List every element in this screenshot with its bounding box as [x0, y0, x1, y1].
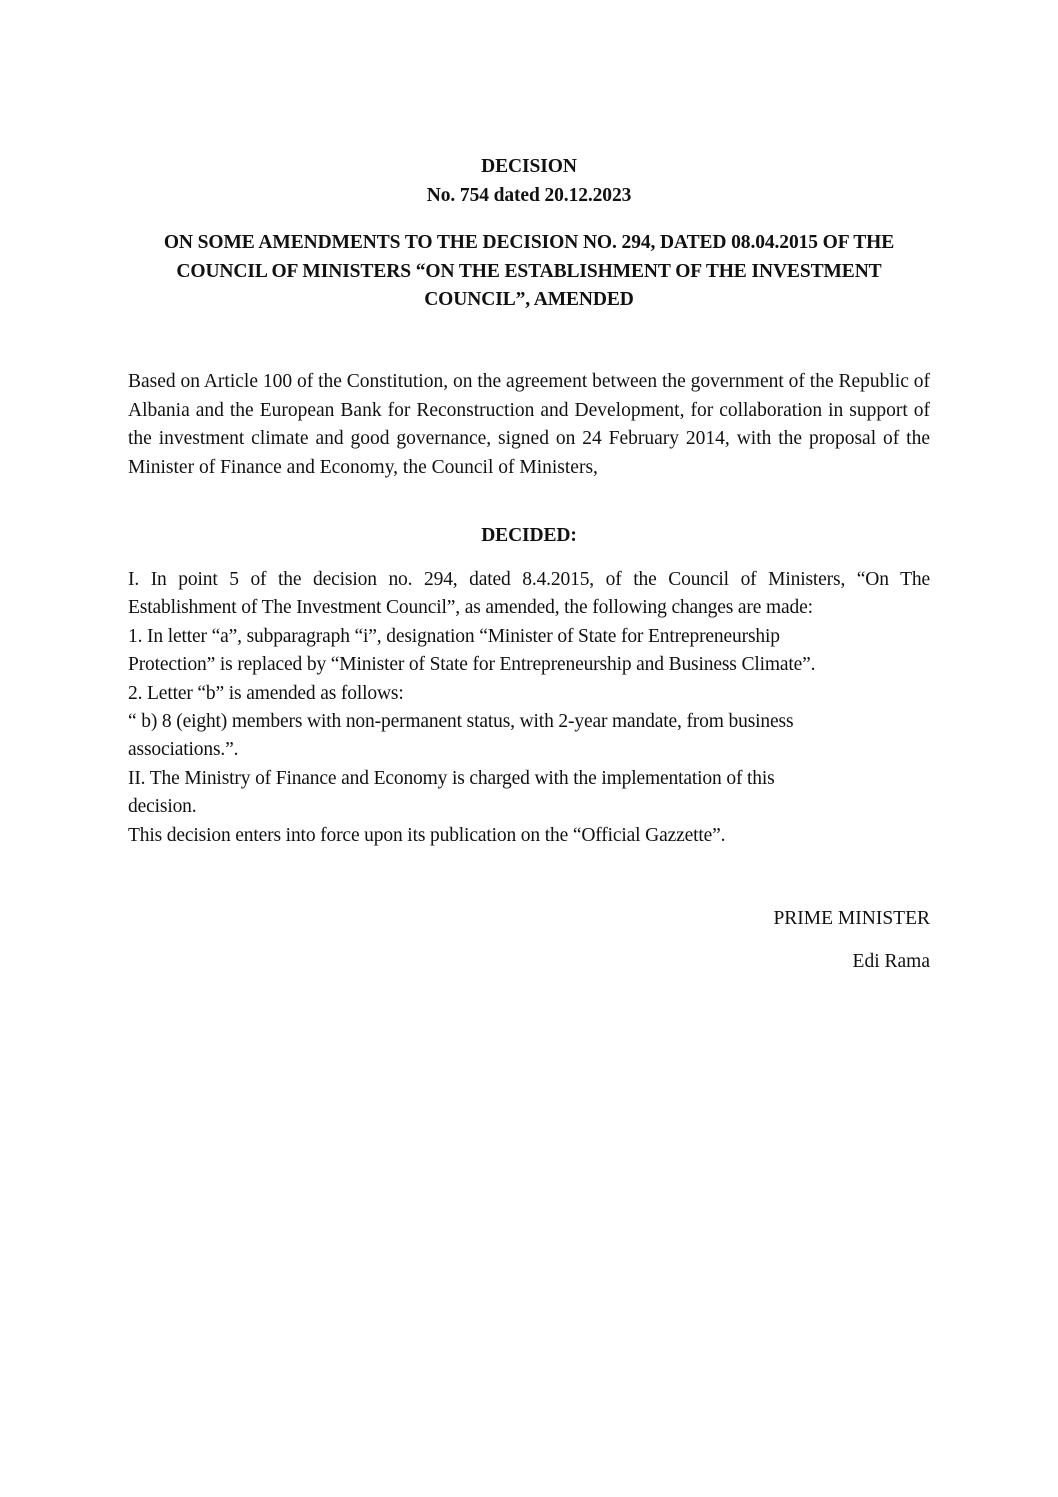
body-line: This decision enters into force upon its… [128, 822, 938, 850]
decided-heading: DECIDED: [128, 521, 930, 550]
body-line: Establishment of The Investment Council”… [128, 594, 938, 622]
body-line: II. The Ministry of Finance and Economy … [128, 765, 938, 793]
preamble: Based on Article 100 of the Constitution… [128, 368, 930, 482]
decision-heading: DECISION [128, 152, 930, 181]
body-line: “ b) 8 (eight) members with non-permanen… [128, 708, 938, 736]
body-line: I. In point 5 of the decision no. 294, d… [128, 566, 930, 594]
signature-title: PRIME MINISTER [773, 905, 930, 933]
decision-number: No. 754 dated 20.12.2023 [128, 181, 930, 210]
body-line: associations.”. [128, 736, 938, 764]
body-line: Protection” is replaced by “Minister of … [128, 651, 938, 679]
preamble-text: Based on Article 100 of the Constitution… [128, 368, 930, 482]
signature-name: Edi Rama [853, 948, 930, 976]
decision-body: I. In point 5 of the decision no. 294, d… [128, 566, 938, 850]
body-line: decision. [128, 793, 938, 821]
body-line: 2. Letter “b” is amended as follows: [128, 680, 938, 708]
decision-title: ON SOME AMENDMENTS TO THE DECISION NO. 2… [128, 229, 930, 315]
body-line: 1. In letter “a”, subparagraph “i”, desi… [128, 623, 938, 651]
document-page: DECISION No. 754 dated 20.12.2023 ON SOM… [0, 0, 1058, 1497]
